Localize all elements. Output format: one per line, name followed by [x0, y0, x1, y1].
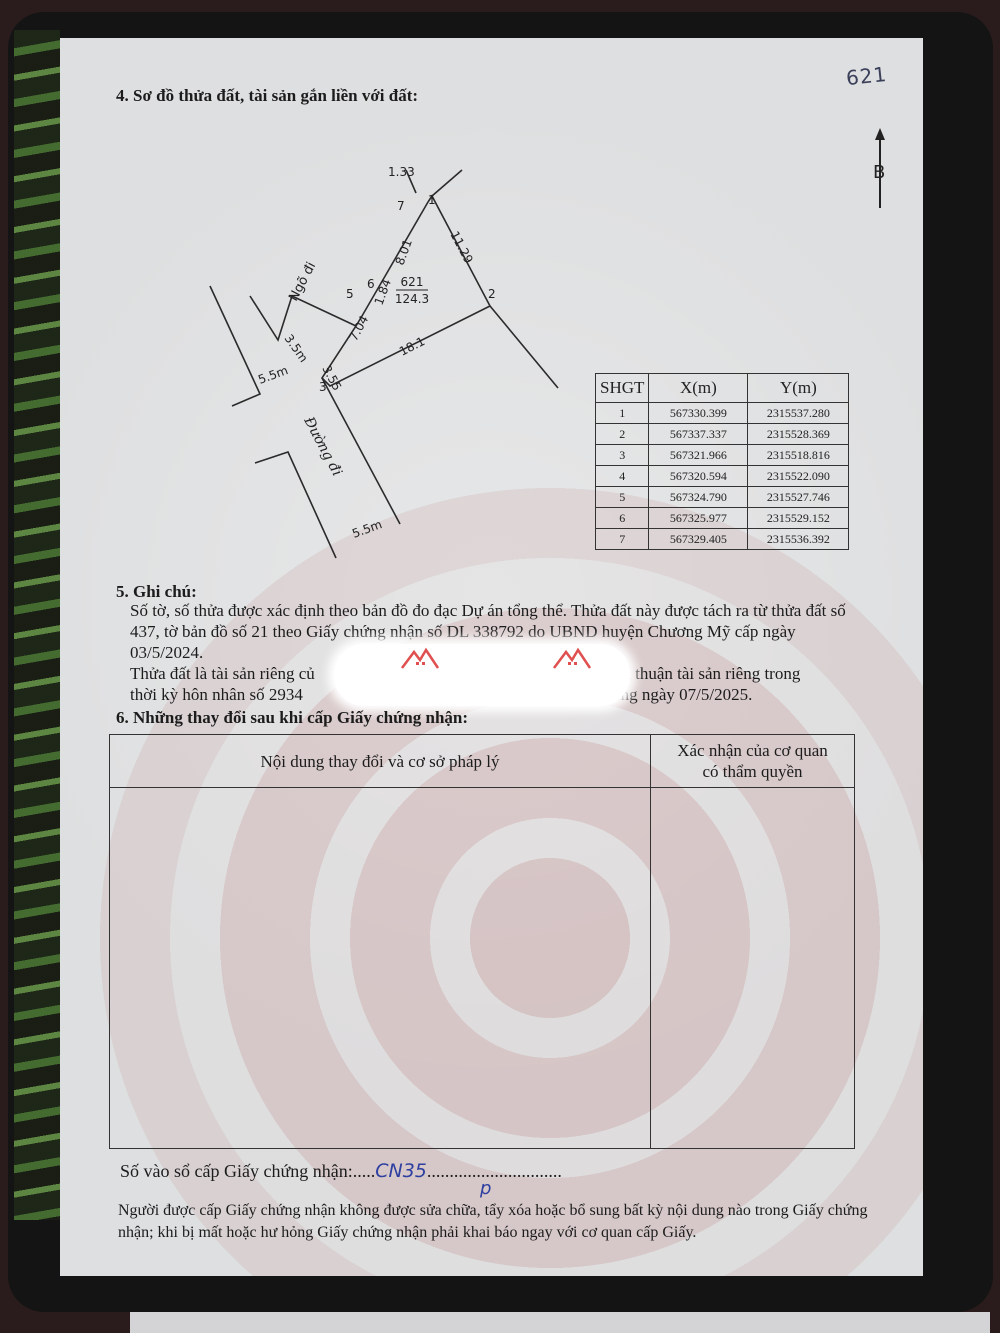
handwritten-suffix: p	[480, 1178, 491, 1199]
svg-text:3: 3	[319, 380, 327, 394]
house-watermark-icon	[400, 646, 440, 670]
changes-col-content: Nội dung thay đổi và cơ sở pháp lý	[110, 735, 651, 788]
folder-pattern-edge	[14, 30, 60, 1220]
table-row: 6567325.9772315529.152	[596, 508, 849, 529]
svg-text:5: 5	[346, 287, 354, 301]
svg-text:5.5m: 5.5m	[350, 517, 384, 541]
svg-text:8.01: 8.01	[393, 237, 415, 267]
registry-number-line: Số vào sổ cấp Giấy chứng nhận:.....CN35.…	[120, 1160, 562, 1182]
svg-text:124.3: 124.3	[395, 292, 429, 306]
svg-text:621: 621	[401, 275, 424, 289]
table-row: 3567321.9662315518.816	[596, 445, 849, 466]
table-row	[110, 788, 855, 1149]
warning-notice: Người được cấp Giấy chứng nhận không đượ…	[118, 1200, 878, 1244]
table-row: 1567330.3992315537.280	[596, 403, 849, 424]
svg-text:2: 2	[488, 287, 496, 301]
svg-text:1: 1	[428, 193, 436, 207]
svg-text:3.5m: 3.5m	[282, 332, 311, 365]
land-certificate-page: 4. Sơ đồ thửa đất, tài sản gắn liền với …	[60, 38, 923, 1276]
col-y: Y(m)	[748, 374, 849, 403]
col-x: X(m)	[649, 374, 748, 403]
changes-col-confirmation: Xác nhận của cơ quan có thẩm quyền	[651, 735, 855, 788]
svg-text:7: 7	[397, 199, 405, 213]
table-row: 7567329.4052315536.392	[596, 529, 849, 550]
svg-text:7.04: 7.04	[346, 313, 371, 343]
svg-text:1.33: 1.33	[388, 165, 415, 179]
house-watermark-icon	[552, 646, 592, 670]
changes-table: Nội dung thay đổi và cơ sở pháp lý Xác n…	[109, 734, 855, 1149]
svg-text:1.84: 1.84	[372, 277, 394, 307]
handwritten-registry-number: CN35	[375, 1160, 427, 1182]
svg-text:5.5m: 5.5m	[256, 363, 290, 387]
col-shgt: SHGT	[596, 374, 649, 403]
table-row: 5567324.7902315527.746	[596, 487, 849, 508]
svg-text:18.1: 18.1	[397, 334, 427, 359]
svg-text:6: 6	[367, 277, 375, 291]
underlying-page	[130, 1312, 990, 1333]
table-row: 4567320.5942315522.090	[596, 466, 849, 487]
svg-text:Ngõ đi: Ngõ đi	[286, 260, 319, 304]
coordinate-table: SHGT X(m) Y(m) 1567330.3992315537.280 25…	[595, 373, 849, 550]
section5-heading: 5. Ghi chú:	[116, 582, 197, 602]
svg-text:11.29: 11.29	[447, 229, 475, 266]
section6-heading: 6. Những thay đổi sau khi cấp Giấy chứng…	[116, 708, 468, 728]
svg-text:Đường đi: Đường đi	[300, 413, 345, 478]
table-row: 2567337.3372315528.369	[596, 424, 849, 445]
